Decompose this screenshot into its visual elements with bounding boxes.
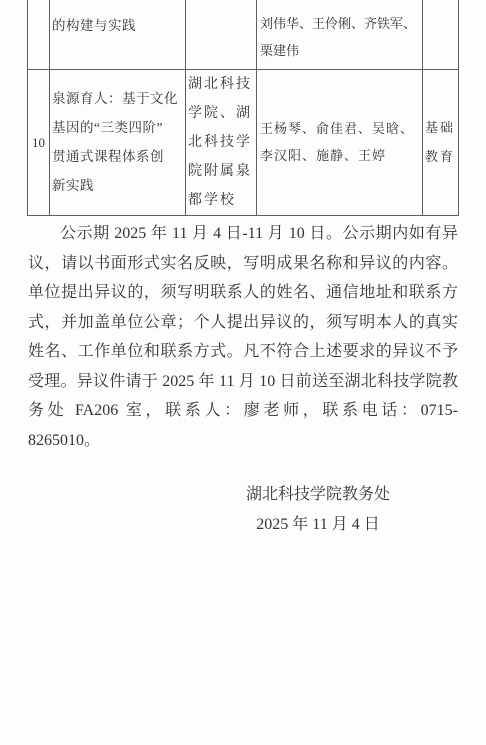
table-cell-number: [28, 0, 50, 69]
table-cell-title: 的构建与实践: [50, 0, 186, 69]
table-cell-number: 10: [28, 69, 50, 215]
table-cell-unit: [186, 0, 257, 69]
table-cell-category: [423, 0, 459, 69]
document-page: 的构建与实践 刘伟华、王伶俐、齐铁军、 栗建伟 10 泉源育人：基于文化 基因的…: [0, 0, 486, 745]
signature-date: 2025 年 11 月 4 日: [218, 510, 418, 540]
table-row: 的构建与实践 刘伟华、王伶俐、齐铁军、 栗建伟: [28, 0, 459, 69]
award-table: 的构建与实践 刘伟华、王伶俐、齐铁军、 栗建伟 10 泉源育人：基于文化 基因的…: [27, 0, 459, 216]
signature-block: 湖北科技学院教务处 2025 年 11 月 4 日: [218, 480, 418, 540]
table-cell-members: 王杨琴、俞佳君、吴晗、 李汉阳、施静、王婷: [257, 69, 423, 215]
table-row: 10 泉源育人：基于文化 基因的“三类四阶” 贯通式课程体系创 新实践 湖北科技…: [28, 69, 459, 215]
notice-paragraph: 公示期 2025 年 11 月 4 日-11 月 10 日。公示期内如有异议，请…: [28, 219, 458, 455]
table-cell-title: 泉源育人：基于文化 基因的“三类四阶” 贯通式课程体系创 新实践: [50, 69, 186, 215]
signature-org: 湖北科技学院教务处: [218, 480, 418, 510]
table-cell-members: 刘伟华、王伶俐、齐铁军、 栗建伟: [257, 0, 423, 69]
table-cell-category: 基础 教育: [423, 69, 459, 215]
table-cell-unit: 湖北科技 学院、湖 北科技学 院附属泉 都学校: [186, 69, 257, 215]
